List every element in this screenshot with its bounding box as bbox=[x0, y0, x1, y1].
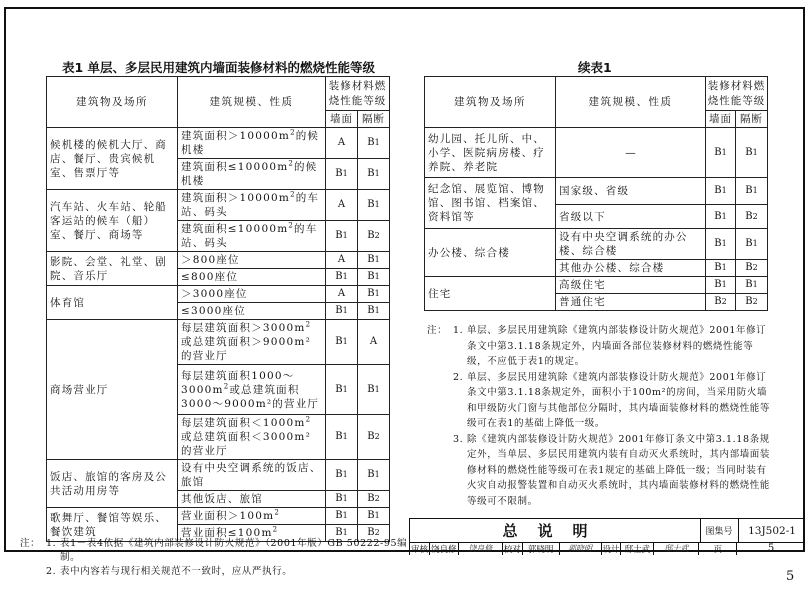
partition-grade: B2 bbox=[358, 221, 390, 252]
review-signature: 饶良修 bbox=[459, 542, 503, 555]
partition-grade: B1 bbox=[358, 303, 390, 320]
review-name: 饶良修 bbox=[430, 542, 459, 555]
wall-grade: B1 bbox=[326, 320, 358, 365]
header-building: 建筑物及场所 bbox=[425, 77, 556, 128]
wall-grade: B1 bbox=[326, 159, 358, 190]
partition-grade: B2 bbox=[736, 205, 768, 229]
scale-cell: 设有中央空调系统的办公楼、综合楼 bbox=[556, 229, 706, 260]
wall-grade: B1 bbox=[326, 221, 358, 252]
table-row: 幼儿园、托儿所、中、小学、医院病房楼、疗养院、养老院—B1B1 bbox=[425, 128, 768, 178]
check-label: 校对 bbox=[503, 542, 523, 555]
scale-cell: ＞3000座位 bbox=[178, 286, 326, 303]
header-partition: 隔断 bbox=[358, 111, 390, 128]
scale-cell: 建筑面积＞10000m2的候机楼 bbox=[178, 128, 326, 159]
scale-cell: 普通住宅 bbox=[556, 294, 706, 311]
partition-grade: B1 bbox=[358, 460, 390, 491]
wall-grade: B1 bbox=[326, 303, 358, 320]
wall-grade: B1 bbox=[326, 491, 358, 508]
table-row: 饭店、旅馆的客房及公共活动用房等设有中央空调系统的饭店、旅馆B1B1 bbox=[47, 460, 390, 491]
scale-cell: ≤800座位 bbox=[178, 269, 326, 286]
wall-grade: B1 bbox=[326, 269, 358, 286]
table-row: 汽车站、火车站、轮船客运站的候车（船）室、餐厅、商场等建筑面积＞10000m2的… bbox=[47, 190, 390, 221]
table1-cont-title: 续表1 bbox=[578, 58, 612, 76]
wall-grade: B1 bbox=[706, 128, 736, 178]
wall-grade: B1 bbox=[706, 229, 736, 260]
building-cell: 住宅 bbox=[425, 277, 556, 311]
table1-title: 表1 单层、多层民用建筑内墙面装修材料的燃烧性能等级 bbox=[62, 58, 375, 76]
page-number: 5 bbox=[786, 569, 794, 584]
wall-grade: A bbox=[326, 286, 358, 303]
wall-grade: A bbox=[326, 190, 358, 221]
scale-cell: 其他办公楼、综合楼 bbox=[556, 260, 706, 277]
partition-grade: B1 bbox=[358, 190, 390, 221]
partition-grade: B1 bbox=[736, 178, 768, 205]
scale-cell: 高级住宅 bbox=[556, 277, 706, 294]
building-cell: 幼儿园、托儿所、中、小学、医院病房楼、疗养院、养老院 bbox=[425, 128, 556, 178]
header-building: 建筑物及场所 bbox=[47, 77, 178, 128]
table-row: 住宅高级住宅B1B1 bbox=[425, 277, 768, 294]
header-wall: 墙面 bbox=[326, 111, 358, 128]
partition-grade: B2 bbox=[358, 415, 390, 460]
scale-cell: 每层建筑面积1000～3000m2或总建筑面积3000～9000m²的营业厅 bbox=[178, 365, 326, 415]
note-item: 2.单层、多层民用建筑除《建筑内部装修设计防火规范》2001年修订条文中第3.1… bbox=[427, 370, 772, 432]
design-label: 设计 bbox=[602, 542, 622, 555]
note-item: 注：1.表1－表4依据《建筑内部装修设计防火规范》（2001年版）GB 5022… bbox=[20, 537, 410, 565]
building-cell: 汽车站、火车站、轮船客运站的候车（船）室、餐厅、商场等 bbox=[47, 190, 178, 252]
partition-grade: B1 bbox=[358, 128, 390, 159]
table1: 建筑物及场所 建筑规模、性质 装修材料燃烧性能等级 墙面 隔断 候机楼的候机大厅… bbox=[46, 76, 390, 542]
scale-cell: 其他饭店、旅馆 bbox=[178, 491, 326, 508]
note-label: 注： bbox=[20, 537, 46, 565]
wall-grade: A bbox=[326, 252, 358, 269]
note-text: 表1－表4依据《建筑内部装修设计防火规范》（2001年版）GB 50222-95… bbox=[60, 537, 410, 565]
header-scale: 建筑规模、性质 bbox=[556, 77, 706, 128]
header-scale: 建筑规模、性质 bbox=[178, 77, 326, 128]
partition-grade: B1 bbox=[358, 252, 390, 269]
note-item: 注：1.单层、多层民用建筑除《建筑内部装修设计防火规范》2001年修订条文中第3… bbox=[427, 323, 772, 370]
note-number: 1. bbox=[46, 537, 60, 565]
partition-grade: B1 bbox=[358, 269, 390, 286]
note-label: 注： bbox=[427, 323, 453, 370]
note-text: 表中内容若与现行相关规范不一致时，应从严执行。 bbox=[60, 565, 410, 579]
page-label: 页 bbox=[699, 542, 737, 555]
building-cell: 饭店、旅馆的客房及公共活动用房等 bbox=[47, 460, 178, 508]
table-row: 影院、会堂、礼堂、剧院、音乐厅＞800座位AB1 bbox=[47, 252, 390, 269]
title-block: 总说明 图集号 13J502-1 审核 饶良修 饶良修 校对 郭晓明 郭晓明 设… bbox=[409, 518, 805, 555]
header-grade-group: 装修材料燃烧性能等级 bbox=[326, 77, 390, 111]
building-cell: 办公楼、综合楼 bbox=[425, 229, 556, 277]
table-row: 纪念馆、展览馆、博物馆、图书馆、档案馆、资料馆等国家级、省级B1B1 bbox=[425, 178, 768, 205]
header-partition: 隔断 bbox=[736, 111, 768, 128]
note-label bbox=[427, 370, 453, 432]
partition-grade: B1 bbox=[358, 286, 390, 303]
wall-grade: A bbox=[326, 128, 358, 159]
partition-grade: B2 bbox=[736, 294, 768, 311]
wall-grade: B1 bbox=[326, 460, 358, 491]
notes-right: 注：1.单层、多层民用建筑除《建筑内部装修设计防火规范》2001年修订条文中第3… bbox=[427, 323, 772, 509]
design-signature: 邸士武 bbox=[654, 542, 699, 555]
wall-grade: B1 bbox=[326, 415, 358, 460]
building-cell: 商场营业厅 bbox=[47, 320, 178, 460]
table-row: 体育馆＞3000座位AB1 bbox=[47, 286, 390, 303]
wall-grade: B1 bbox=[706, 178, 736, 205]
header-grade-group: 装修材料燃烧性能等级 bbox=[706, 77, 768, 111]
wall-grade: B1 bbox=[706, 277, 736, 294]
note-label bbox=[427, 432, 453, 510]
partition-grade: A bbox=[358, 320, 390, 365]
note-number: 2. bbox=[453, 370, 467, 432]
page-number-cell: 5 bbox=[737, 542, 805, 555]
check-signature: 郭晓明 bbox=[560, 542, 602, 555]
note-number: 1. bbox=[453, 323, 467, 370]
atlas-label: 图集号 bbox=[700, 519, 739, 542]
building-cell: 影院、会堂、礼堂、剧院、音乐厅 bbox=[47, 252, 178, 286]
atlas-number: 13J502-1 bbox=[738, 519, 806, 542]
wall-grade: B2 bbox=[706, 294, 736, 311]
note-number: 3. bbox=[453, 432, 467, 510]
partition-grade: B2 bbox=[358, 491, 390, 508]
scale-cell: 建筑面积≤10000m2的候机楼 bbox=[178, 159, 326, 190]
building-cell: 体育馆 bbox=[47, 286, 178, 320]
scale-cell: ≤3000座位 bbox=[178, 303, 326, 320]
wall-grade: B1 bbox=[706, 205, 736, 229]
note-item: 2.表中内容若与现行相关规范不一致时，应从严执行。 bbox=[20, 565, 410, 579]
wall-grade: B1 bbox=[326, 508, 358, 525]
header-wall: 墙面 bbox=[706, 111, 736, 128]
notes-left: 注：1.表1－表4依据《建筑内部装修设计防火规范》（2001年版）GB 5022… bbox=[20, 537, 410, 579]
note-text: 单层、多层民用建筑除《建筑内部装修设计防火规范》2001年修订条文中第3.1.1… bbox=[467, 323, 772, 370]
partition-grade: B1 bbox=[358, 508, 390, 525]
drawing-title: 总说明 bbox=[410, 519, 701, 542]
building-cell: 纪念馆、展览馆、博物馆、图书馆、档案馆、资料馆等 bbox=[425, 178, 556, 229]
scale-cell: — bbox=[556, 128, 706, 178]
partition-grade: B1 bbox=[358, 159, 390, 190]
building-cell: 候机楼的候机大厅、商店、餐厅、贵宾候机室、售票厅等 bbox=[47, 128, 178, 190]
note-text: 除《建筑内部装修设计防火规范》2001年修订条文中第3.1.18条规定外，当单层… bbox=[467, 432, 772, 510]
partition-grade: B1 bbox=[736, 128, 768, 178]
scale-cell: 国家级、省级 bbox=[556, 178, 706, 205]
partition-grade: B1 bbox=[736, 277, 768, 294]
partition-grade: B1 bbox=[736, 229, 768, 260]
partition-grade: B2 bbox=[736, 260, 768, 277]
scale-cell: 每层建筑面积＜1000m2或总建筑面积＜3000m²的营业厅 bbox=[178, 415, 326, 460]
note-label bbox=[20, 565, 46, 579]
table-row: 办公楼、综合楼设有中央空调系统的办公楼、综合楼B1B1 bbox=[425, 229, 768, 260]
design-name: 邸士武 bbox=[621, 542, 654, 555]
table-row: 歌舞厅、餐馆等娱乐、餐饮建筑营业面积＞100m2B1B1 bbox=[47, 508, 390, 525]
wall-grade: B1 bbox=[706, 260, 736, 277]
note-item: 3.除《建筑内部装修设计防火规范》2001年修订条文中第3.1.18条规定外，当… bbox=[427, 432, 772, 510]
partition-grade: B1 bbox=[358, 365, 390, 415]
scale-cell: 设有中央空调系统的饭店、旅馆 bbox=[178, 460, 326, 491]
note-number: 2. bbox=[46, 565, 60, 579]
note-text: 单层、多层民用建筑除《建筑内部装修设计防火规范》2001年修订条文中第3.1.1… bbox=[467, 370, 772, 432]
scale-cell: 每层建筑面积＞3000m2或总建筑面积＞9000m²的营业厅 bbox=[178, 320, 326, 365]
scale-cell: 营业面积＞100m2 bbox=[178, 508, 326, 525]
scale-cell: 建筑面积＞10000m2的车站、码头 bbox=[178, 190, 326, 221]
review-label: 审核 bbox=[410, 542, 430, 555]
scale-cell: 建筑面积≤10000m2的车站、码头 bbox=[178, 221, 326, 252]
table1-continued: 建筑物及场所 建筑规模、性质 装修材料燃烧性能等级 墙面 隔断 幼儿园、托儿所、… bbox=[424, 76, 768, 311]
table-row: 商场营业厅每层建筑面积＞3000m2或总建筑面积＞9000m²的营业厅B1A bbox=[47, 320, 390, 365]
wall-grade: B1 bbox=[326, 365, 358, 415]
table-row: 候机楼的候机大厅、商店、餐厅、贵宾候机室、售票厅等建筑面积＞10000m2的候机… bbox=[47, 128, 390, 159]
scale-cell: ＞800座位 bbox=[178, 252, 326, 269]
check-name: 郭晓明 bbox=[523, 542, 560, 555]
scale-cell: 省级以下 bbox=[556, 205, 706, 229]
